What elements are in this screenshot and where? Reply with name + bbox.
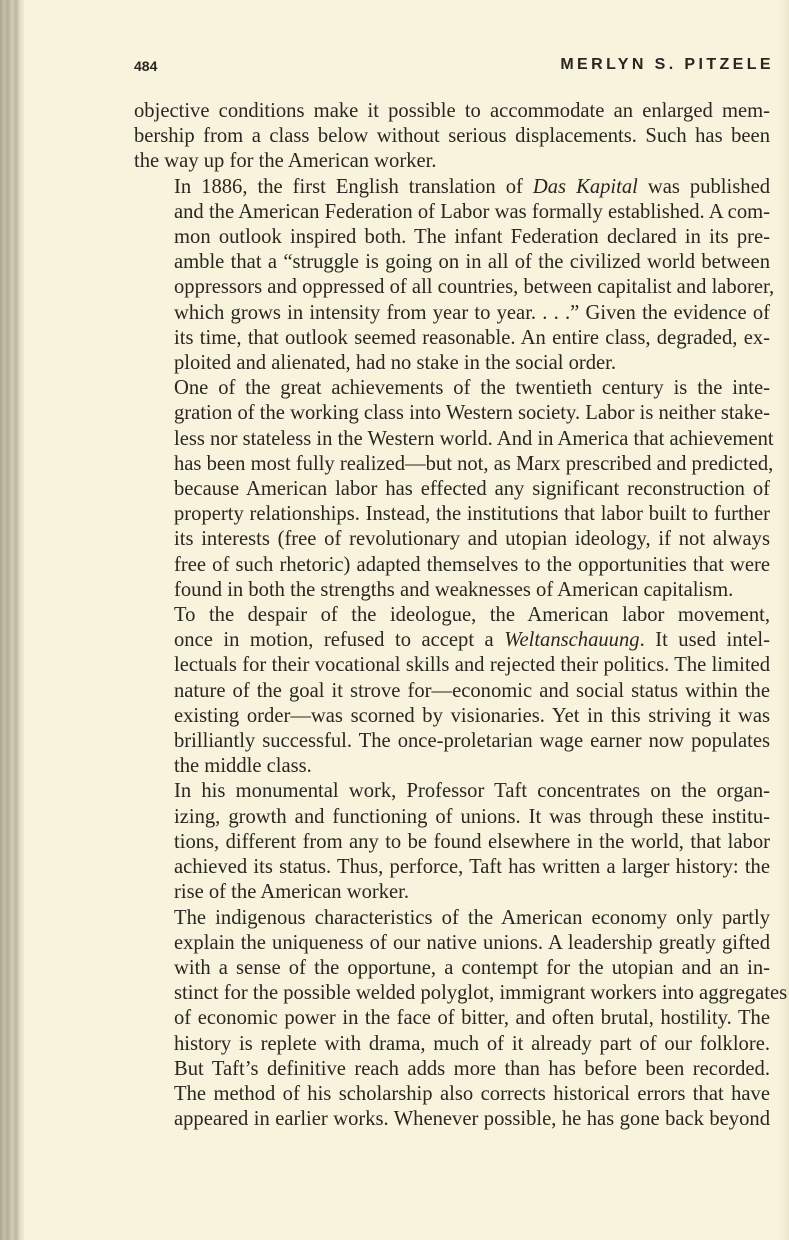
text-line: achieved its status. Thus, perforce, Taf… bbox=[134, 855, 770, 880]
paragraph: In 1886, the first English translation o… bbox=[134, 175, 770, 377]
page-number: 484 bbox=[134, 58, 157, 74]
text-line: explain the uniqueness of our native uni… bbox=[134, 931, 770, 956]
body-text: objective conditions make it possible to… bbox=[134, 99, 770, 1132]
text-line: tions, different from any to be found el… bbox=[134, 830, 770, 855]
text-line: bership from a class below without serio… bbox=[134, 124, 770, 149]
text-line: rise of the American worker. bbox=[134, 880, 770, 905]
text-line: the middle class. bbox=[134, 754, 770, 779]
text-line: gration of the working class into Wester… bbox=[134, 401, 770, 426]
text-line: existing order—was scorned by visionarie… bbox=[134, 704, 770, 729]
text-line: its interests (free of revolutionary and… bbox=[134, 527, 770, 552]
text-line: izing, growth and functioning of unions.… bbox=[134, 805, 770, 830]
paragraph: The indigenous characteristics of the Am… bbox=[134, 906, 770, 1133]
page-header: 484 MERLYN S. PITZELE bbox=[134, 56, 770, 80]
text-line: stinct for the possible welded polyglot,… bbox=[134, 981, 770, 1006]
italic-term: Das Kapital bbox=[533, 176, 638, 198]
text-line: The method of his scholarship also corre… bbox=[134, 1082, 770, 1107]
paragraph: In his monumental work, Professor Taft c… bbox=[134, 779, 770, 905]
text-line: One of the great achievements of the twe… bbox=[134, 376, 770, 401]
text-line: of economic power in the face of bitter,… bbox=[134, 1006, 770, 1031]
text-line: brilliantly successful. The once-proleta… bbox=[134, 729, 770, 754]
text-line: The indigenous characteristics of the Am… bbox=[134, 906, 770, 931]
text-line: mon outlook inspired both. The infant Fe… bbox=[134, 225, 770, 250]
paragraph: objective conditions make it possible to… bbox=[134, 99, 770, 175]
text-line: because American labor has effected any … bbox=[134, 477, 770, 502]
text-line: with a sense of the opportune, a contemp… bbox=[134, 956, 770, 981]
text-line: once in motion, refused to accept a Welt… bbox=[134, 628, 770, 653]
text-line: its time, that outlook seemed reasonable… bbox=[134, 326, 770, 351]
text-line: But Taft’s definitive reach adds more th… bbox=[134, 1057, 770, 1082]
text-line: property relationships. Instead, the ins… bbox=[134, 502, 770, 527]
text-line: amble that a “struggle is going on in al… bbox=[134, 250, 770, 275]
text-line: objective conditions make it possible to… bbox=[134, 99, 770, 124]
book-binding-gutter bbox=[0, 0, 24, 1240]
text-line: the way up for the American worker. bbox=[134, 149, 770, 174]
text-line: ploited and alienated, had no stake in t… bbox=[134, 351, 770, 376]
text-line: history is replete with drama, much of i… bbox=[134, 1032, 770, 1057]
text-line: lectuals for their vocational skills and… bbox=[134, 653, 770, 678]
running-head-author: MERLYN S. PITZELE bbox=[560, 56, 774, 74]
text-line: In 1886, the first English translation o… bbox=[134, 175, 770, 200]
text-line: appeared in earlier works. Whenever poss… bbox=[134, 1107, 770, 1132]
paragraph: To the despair of the ideologue, the Ame… bbox=[134, 603, 770, 779]
text-line: free of such rhetoric) adapted themselve… bbox=[134, 553, 770, 578]
paragraph: One of the great achievements of the twe… bbox=[134, 376, 770, 603]
text-line: less nor stateless in the Western world.… bbox=[134, 427, 770, 452]
text-line: and the American Federation of Labor was… bbox=[134, 200, 770, 225]
text-line: which grows in intensity from year to ye… bbox=[134, 301, 770, 326]
text-line: has been most fully realized—but not, as… bbox=[134, 452, 770, 477]
text-line: In his monumental work, Professor Taft c… bbox=[134, 779, 770, 804]
italic-term: Weltanschauung bbox=[504, 629, 639, 651]
text-line: nature of the goal it strove for—economi… bbox=[134, 679, 770, 704]
page-edge-shadow bbox=[777, 0, 789, 1240]
text-line: oppressors and oppressed of all countrie… bbox=[134, 275, 770, 300]
text-line: found in both the strengths and weakness… bbox=[134, 578, 770, 603]
text-line: To the despair of the ideologue, the Ame… bbox=[134, 603, 770, 628]
